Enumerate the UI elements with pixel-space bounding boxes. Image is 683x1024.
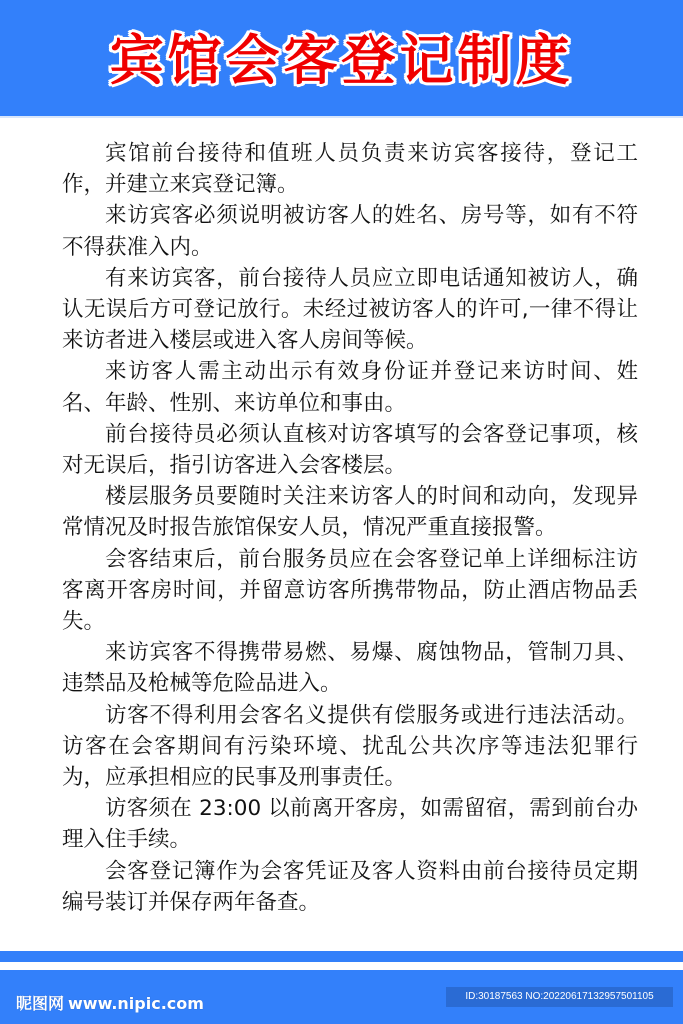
rule-paragraph: 来访客人需主动出示有效身份证并登记来访时间、姓名、年龄、性别、来访单位和事由。 xyxy=(62,356,638,418)
image-id-label: ID:30187563 NO:20220617132957501105 xyxy=(446,987,673,1007)
rules-list: 宾馆前台接待和值班人员负责来访宾客接待，登记工作，并建立来宾登记簿。 来访宾客必… xyxy=(62,138,638,918)
rule-paragraph: 有来访宾客，前台接待人员应立即电话通知被访人，确认无误后方可登记放行。未经过被访… xyxy=(62,263,638,357)
watermark-url: www.nipic.com xyxy=(68,994,204,1013)
rule-paragraph: 访客不得利用会客名义提供有偿服务或进行违法活动。访客在会客期间有污染环境、扰乱公… xyxy=(62,700,638,794)
watermark-brand: 昵图网 xyxy=(16,994,64,1013)
header-divider xyxy=(0,116,683,118)
rule-paragraph: 访客须在 23:00 以前离开客房，如需留宿，需到前台办理入住手续。 xyxy=(62,793,638,855)
rule-paragraph: 楼层服务员要随时关注来访客人的时间和动向，发现异常情况及时报告旅馆保安人员，情况… xyxy=(62,481,638,543)
rule-paragraph: 来访宾客必须说明被访客人的姓名、房号等，如有不符不得获准入内。 xyxy=(62,200,638,262)
watermark-logo: 昵图网www.nipic.com xyxy=(16,991,204,1014)
footer-stripe xyxy=(0,951,683,962)
rule-paragraph: 前台接待员必须认直核对访客填写的会客登记事项，核对无误后，指引访客进入会客楼层。 xyxy=(62,419,638,481)
header-banner: 宾馆会客登记制度 xyxy=(0,0,683,116)
page-title: 宾馆会客登记制度 xyxy=(0,26,683,96)
rule-paragraph: 会客结束后，前台服务员应在会客登记单上详细标注访客离开客房时间，并留意访客所携带… xyxy=(62,544,638,638)
rule-paragraph: 来访宾客不得携带易燃、易爆、腐蚀物品，管制刀具、违禁品及枪械等危险品进入。 xyxy=(62,637,638,699)
footer-band: 昵图网www.nipic.com ID:30187563 NO:20220617… xyxy=(0,970,683,1024)
rule-paragraph: 宾馆前台接待和值班人员负责来访宾客接待，登记工作，并建立来宾登记簿。 xyxy=(62,138,638,200)
rule-paragraph: 会客登记簿作为会客凭证及客人资料由前台接待员定期编号装订并保存两年备查。 xyxy=(62,856,638,918)
